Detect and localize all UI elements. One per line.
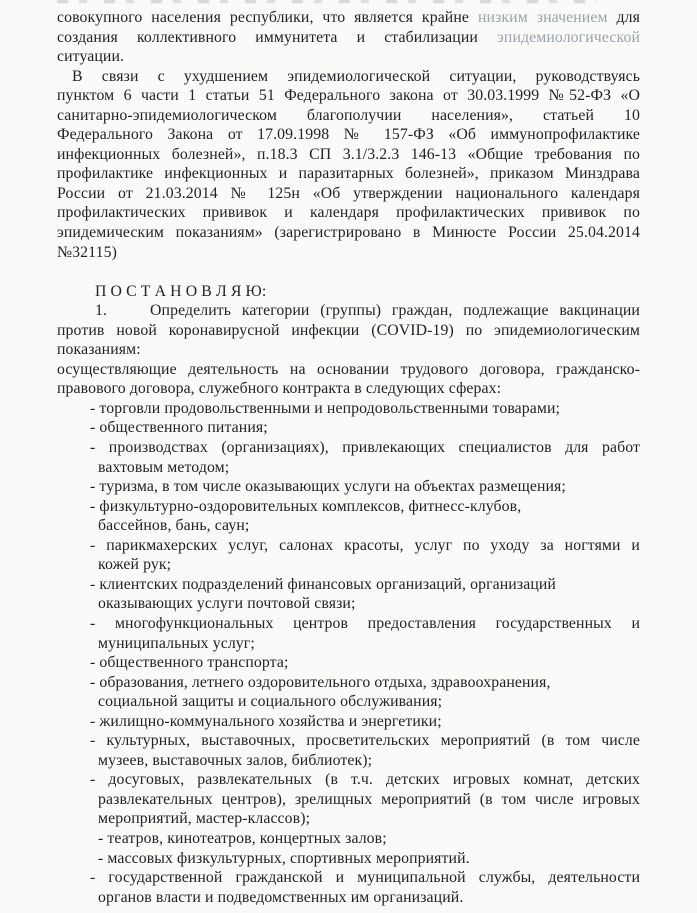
text-segment: Федерального Закона от 17.09.1998 № 157-… (57, 126, 640, 143)
text-line: органов власти и подведомственных им орг… (57, 888, 640, 908)
text-line: - клиентских подразделений финансовых ор… (57, 575, 640, 595)
text-segment: профилактических прививок и календаря пр… (57, 204, 640, 221)
text-line: профилактике инфекционных и паразитарных… (57, 164, 640, 184)
text-line: совокупного населения республики, что яв… (57, 8, 640, 28)
text-line: оказывающих услуги почтовой связи; (57, 594, 640, 614)
document-lines: совокупного населения республики, что яв… (57, 8, 640, 907)
text-segment: - туризма, в том числе оказывающих услуг… (90, 478, 566, 495)
text-line: - досуговых, развлекательных (в т.ч. дет… (57, 770, 640, 790)
text-segment: правового договора, служебного контракта… (57, 380, 501, 397)
text-line: вахтовым методом; (57, 458, 640, 478)
text-line: профилактических прививок и календаря пр… (57, 203, 640, 223)
text-line: создания коллективного иммунитета и стаб… (57, 28, 640, 48)
text-segment: - общественного питания; (90, 419, 268, 436)
text-line: В связи с ухудшением эпидемиологической … (57, 67, 640, 87)
text-line: - производствах (организациях), привлека… (57, 438, 640, 458)
text-segment: 1. Определить категории (группы) граждан… (95, 302, 640, 319)
faded-text-segment: эпидемиологической (497, 29, 640, 46)
text-segment: ситуации. (57, 48, 124, 65)
text-segment: - клиентских подразделений финансовых ор… (90, 576, 556, 593)
text-segment: пунктом 6 части 1 статьи 51 Федерального… (57, 87, 640, 104)
text-line: ситуации. (57, 47, 640, 67)
text-segment: мероприятий, мастер-классов); (98, 810, 310, 827)
text-line: мероприятий, мастер-классов); (57, 809, 640, 829)
text-segment: оказывающих услуги почтовой связи; (98, 595, 355, 612)
text-line: - театров, кинотеатров, концертных залов… (57, 829, 640, 849)
text-line: - торговли продовольственными и непродов… (57, 399, 640, 419)
text-segment: музеев, выставочных залов, библиотек); (98, 752, 372, 769)
text-line: - туризма, в том числе оказывающих услуг… (57, 477, 640, 497)
text-line: муниципальных услуг; (57, 634, 640, 654)
text-line: эпидемическим показаниям» (зарегистриров… (57, 223, 640, 243)
text-line: №32115) (57, 243, 640, 263)
text-line: против новой коронавирусной инфекции (CO… (57, 321, 640, 341)
blank-line (57, 262, 640, 282)
text-segment: муниципальных услуг; (98, 635, 255, 652)
text-line: - физкультурно-оздоровительных комплексо… (57, 497, 640, 517)
text-line: развлекательных центров), зрелищных меро… (57, 790, 640, 810)
text-line: санитарно-эпидемиологическом благополучи… (57, 106, 640, 126)
text-segment: П О С Т А Н О В Л Я Ю: (95, 283, 266, 300)
text-line: показаниям: (57, 340, 640, 360)
text-line: бассейнов, бань, саун; (57, 516, 640, 536)
text-segment: показаниям: (57, 341, 141, 358)
text-segment: - театров, кинотеатров, концертных залов… (98, 830, 387, 847)
text-line: П О С Т А Н О В Л Я Ю: (57, 282, 640, 302)
text-line: - государственной гражданской и муниципа… (57, 868, 640, 888)
text-line: кожей рук; (57, 555, 640, 575)
scan-artifact-cutoff-line (57, 0, 597, 3)
text-segment: развлекательных центров), зрелищных меро… (98, 791, 640, 808)
text-segment: России от 21.03.2014 № 125н «Об утвержде… (57, 185, 640, 202)
text-segment: - массовых физкультурных, спортивных мер… (98, 850, 470, 867)
faded-text-segment: низким значением (478, 9, 608, 26)
text-segment: - образования, летнего оздоровительного … (90, 674, 551, 691)
text-segment: инфекционных болезней», п.18.3 СП 3.1/3.… (57, 146, 640, 163)
text-line: - жилищно-коммунального хозяйства и энер… (57, 712, 640, 732)
text-line: - массовых физкультурных, спортивных мер… (57, 849, 640, 869)
text-segment: кожей рук; (98, 556, 171, 573)
text-segment: В связи с ухудшением эпидемиологической … (72, 68, 640, 85)
text-line: социальной защиты и социального обслужив… (57, 692, 640, 712)
text-segment: - торговли продовольственными и непродов… (90, 400, 560, 417)
text-segment: органов власти и подведомственных им орг… (98, 889, 463, 906)
text-segment: - государственной гражданской и муниципа… (90, 869, 640, 886)
text-segment: для (608, 9, 640, 26)
text-line: музеев, выставочных залов, библиотек); (57, 751, 640, 771)
text-segment: профилактике инфекционных и паразитарных… (57, 165, 640, 182)
text-line: пунктом 6 части 1 статьи 51 Федерального… (57, 86, 640, 106)
text-line: 1. Определить категории (группы) граждан… (57, 301, 640, 321)
text-line: - общественного транспорта; (57, 653, 640, 673)
text-line: - общественного питания; (57, 418, 640, 438)
text-line: правового договора, служебного контракта… (57, 379, 640, 399)
text-segment: против новой коронавирусной инфекции (CO… (57, 322, 640, 339)
text-segment: совокупного населения республики, что яв… (57, 9, 478, 26)
text-segment: - досуговых, развлекательных (в т.ч. дет… (90, 771, 640, 788)
text-segment: бассейнов, бань, саун; (98, 517, 249, 534)
text-segment: создания коллективного иммунитета и стаб… (57, 29, 497, 46)
text-segment: санитарно-эпидемиологическом благополучи… (57, 107, 640, 124)
text-segment: №32115) (57, 244, 117, 261)
text-line: Федерального Закона от 17.09.1998 № 157-… (57, 125, 640, 145)
text-segment: - производствах (организациях), привлека… (90, 439, 640, 456)
text-segment: - культурных, выставочных, просветительс… (90, 732, 640, 749)
text-segment: - многофункциональных центров предоставл… (90, 615, 640, 632)
text-segment: эпидемическим показаниям» (зарегистриров… (57, 224, 640, 241)
text-line: - культурных, выставочных, просветительс… (57, 731, 640, 751)
text-line: России от 21.03.2014 № 125н «Об утвержде… (57, 184, 640, 204)
text-segment: - физкультурно-оздоровительных комплексо… (90, 498, 521, 515)
text-segment: вахтовым методом; (98, 459, 229, 476)
document-page: совокупного населения республики, что яв… (0, 0, 697, 913)
text-line: - парикмахерских услуг, салонах красоты,… (57, 536, 640, 556)
text-line: - образования, летнего оздоровительного … (57, 673, 640, 693)
text-segment: - общественного транспорта; (90, 654, 288, 671)
text-line: осуществляющие деятельность на основании… (57, 360, 640, 380)
text-line: инфекционных болезней», п.18.3 СП 3.1/3.… (57, 145, 640, 165)
text-segment: осуществляющие деятельность на основании… (57, 361, 640, 378)
text-segment: социальной защиты и социального обслужив… (98, 693, 442, 710)
text-segment: - жилищно-коммунального хозяйства и энер… (90, 713, 442, 730)
text-segment: - парикмахерских услуг, салонах красоты,… (90, 537, 640, 554)
text-line: - многофункциональных центров предоставл… (57, 614, 640, 634)
